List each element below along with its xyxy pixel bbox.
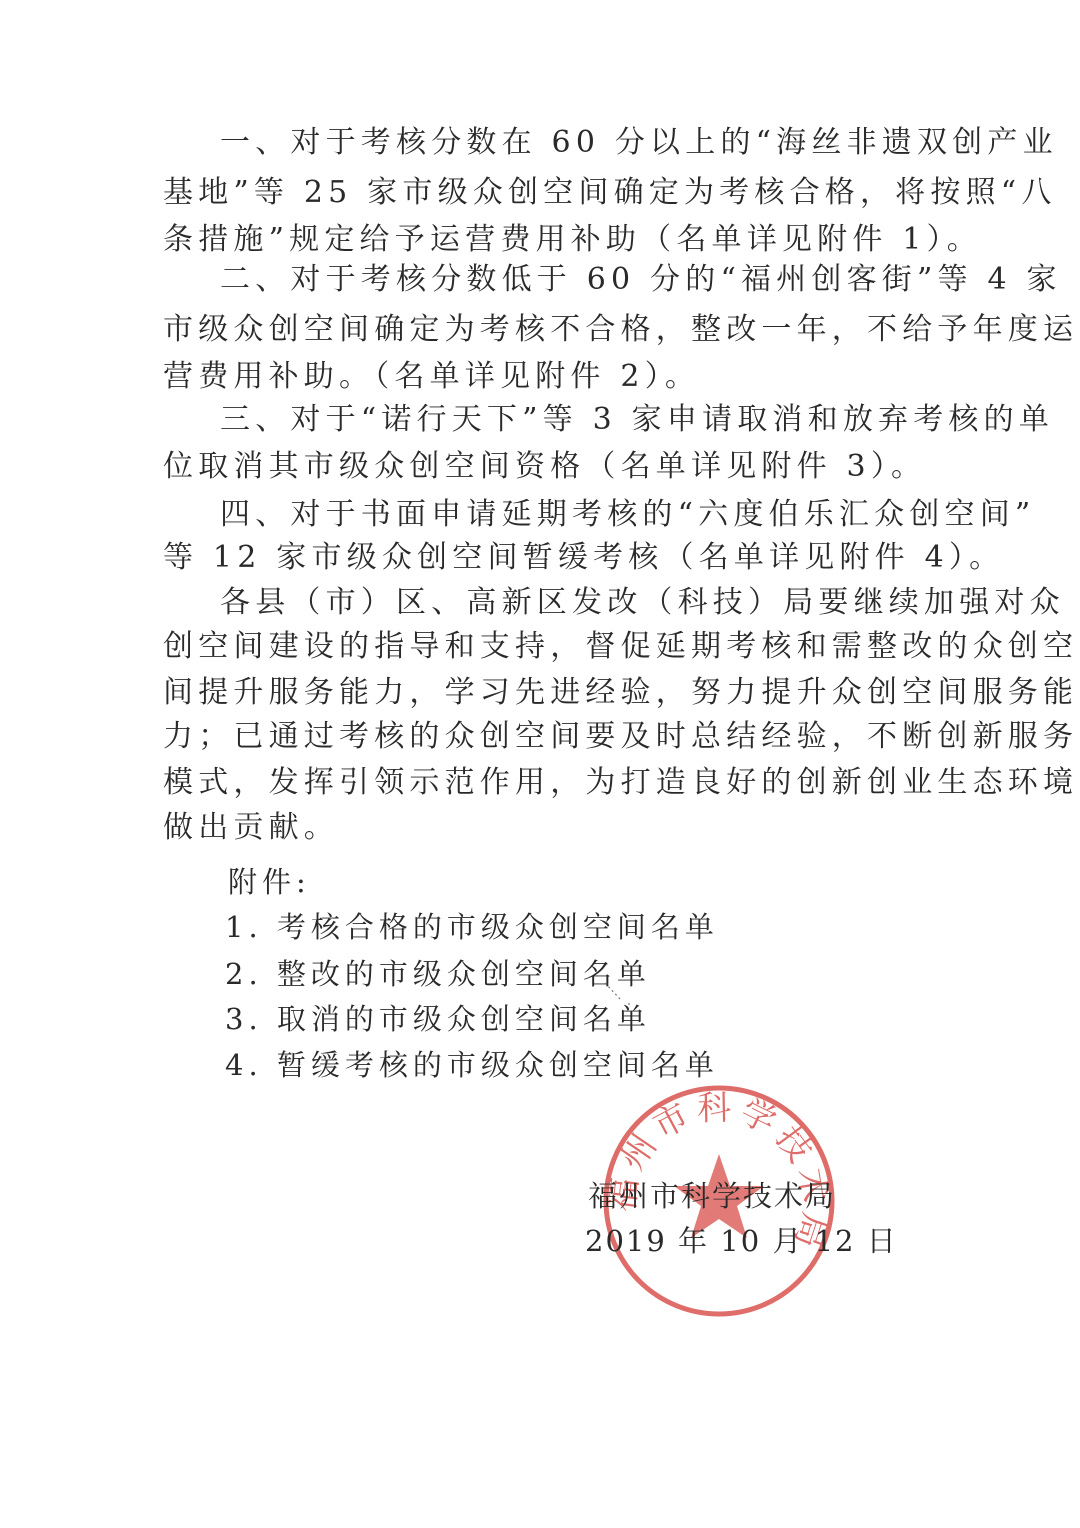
paragraph-1-line-3: 条措施”规定给予运营费用补助（名单详见附件 1）。	[163, 225, 908, 255]
closing-line-3: 间提升服务能力，学习先进经验，努力提升众创空间服务能	[163, 678, 908, 708]
paragraph-3-line-2: 位取消其市级众创空间资格（名单详见附件 3）。	[163, 452, 908, 482]
closing-line-2: 创空间建设的指导和支持，督促延期考核和需整改的众创空	[163, 632, 908, 662]
paragraph-1-line-2: 基地”等 25 家市级众创空间确定为考核合格，将按照“八	[163, 178, 908, 208]
scan-speck-icon	[603, 980, 633, 1010]
paragraph-2-line-3: 营费用补助。（名单详见附件 2）。	[163, 362, 908, 392]
attachments-heading: 附件:	[228, 860, 311, 901]
document-page: 一、对于考核分数在 60 分以上的“海丝非遗双创产业 基地”等 25 家市级众创…	[0, 0, 1080, 1528]
paragraph-2-line-2: 市级众创空间确定为考核不合格，整改一年，不给予年度运	[163, 315, 908, 345]
closing-line-5: 模式，发挥引领示范作用，为打造良好的创新创业生态环境	[163, 768, 908, 798]
issuer-name: 福州市科学技术局	[588, 1174, 836, 1215]
closing-line-6: 做出贡献。	[163, 813, 908, 843]
attachment-item-3: 3. 取消的市级众创空间名单	[225, 997, 651, 1038]
attachment-item-1: 1. 考核合格的市级众创空间名单	[225, 905, 719, 946]
closing-line-1: 各县（市）区、高新区发改（科技）局要继续加强对众	[220, 588, 965, 618]
paragraph-3-line-1: 三、对于“诺行天下”等 3 家申请取消和放弃考核的单	[220, 405, 965, 435]
paragraph-4-line-1: 四、对于书面申请延期考核的“六度伯乐汇众创空间”	[220, 500, 965, 530]
attachment-item-4: 4. 暂缓考核的市级众创空间名单	[225, 1043, 719, 1084]
paragraph-1-line-1: 一、对于考核分数在 60 分以上的“海丝非遗双创产业	[220, 128, 965, 158]
attachment-item-2: 2. 整改的市级众创空间名单	[225, 952, 651, 993]
paragraph-4-line-2: 等 12 家市级众创空间暂缓考核（名单详见附件 4）。	[163, 543, 908, 573]
issue-date: 2019 年 10 月 12 日	[585, 1219, 898, 1260]
paragraph-2-line-1: 二、对于考核分数低于 60 分的“福州创客街”等 4 家	[220, 265, 965, 295]
closing-line-4: 力；已通过考核的众创空间要及时总结经验，不断创新服务	[163, 722, 908, 752]
